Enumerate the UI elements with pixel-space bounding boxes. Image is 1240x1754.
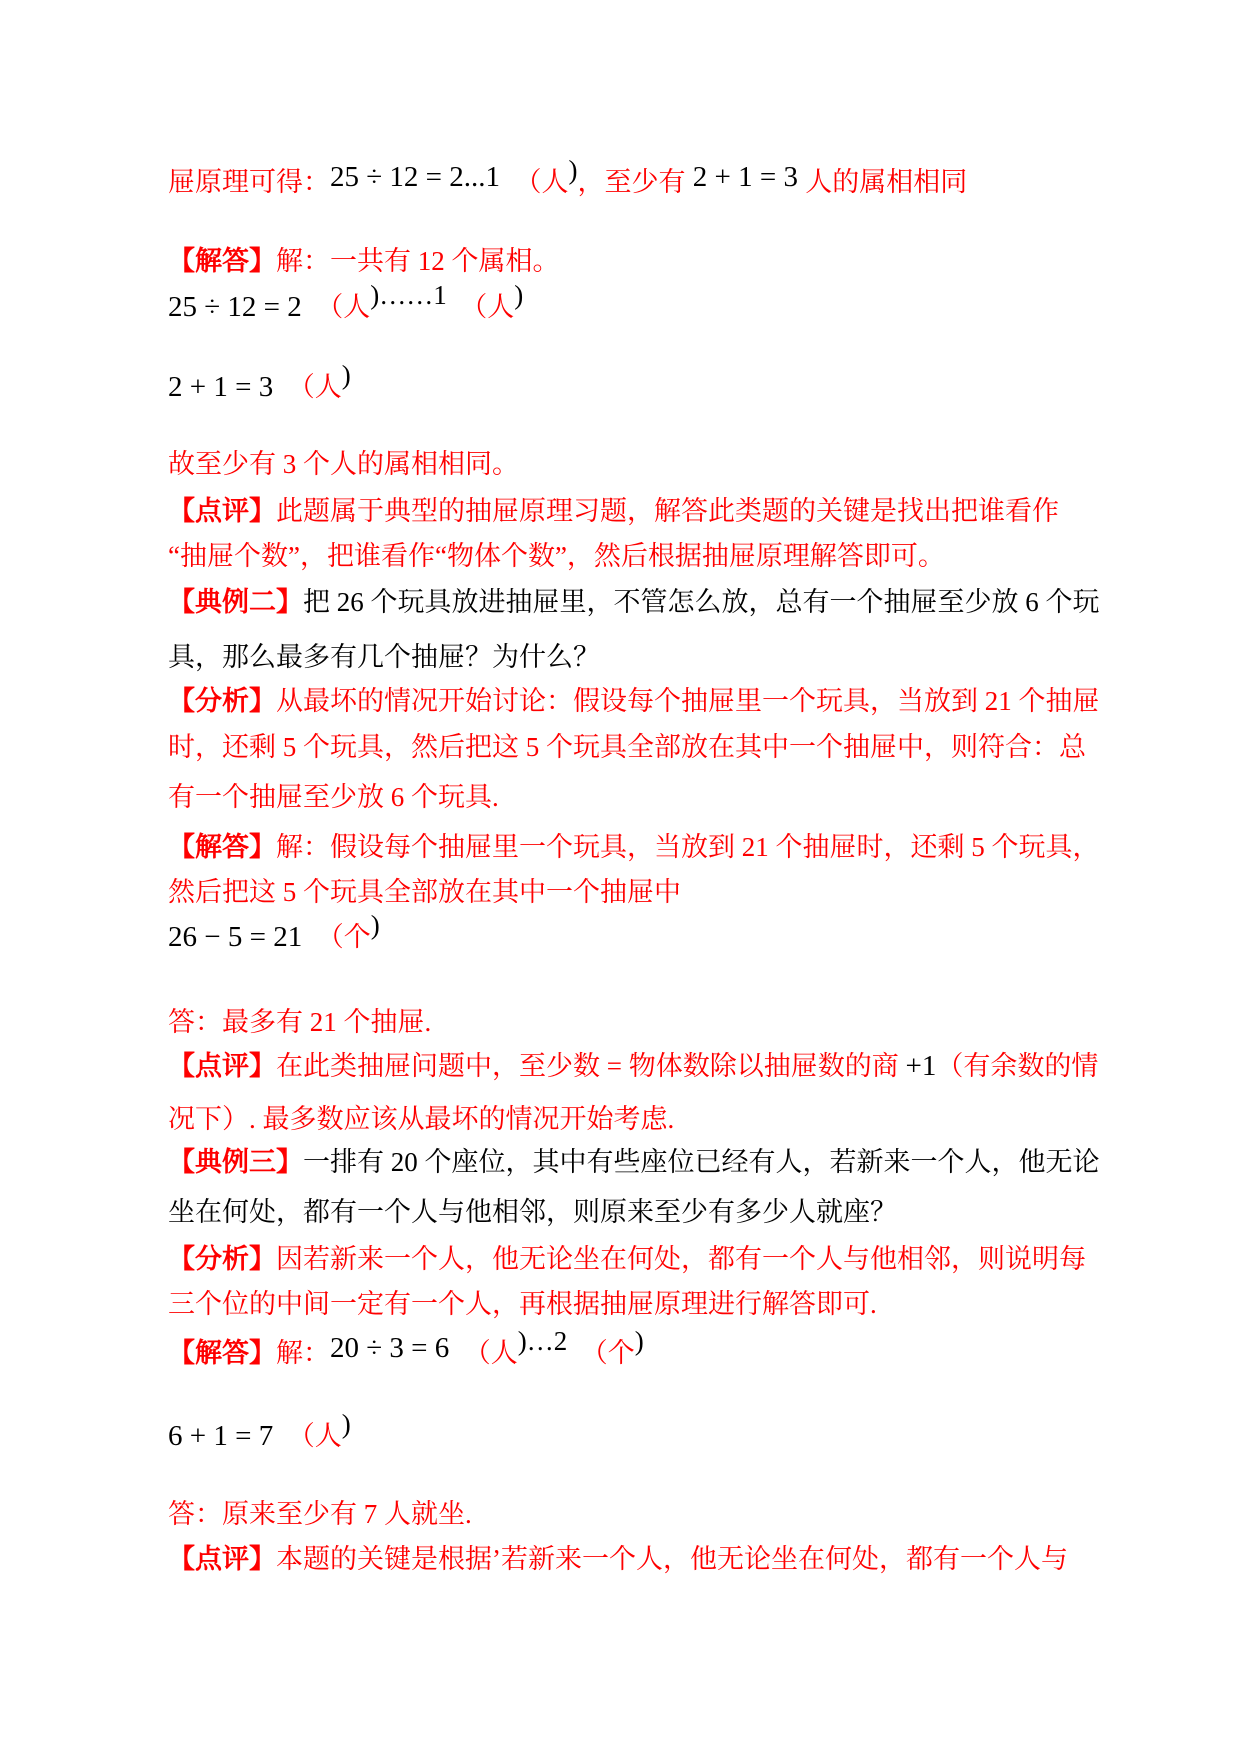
text-line: 屉原理可得：25 ÷ 12 = 2...1 （人)，至少有 2 + 1 = 3 … <box>168 165 1128 204</box>
text-line: 时，还剩 5 个玩具，然后把这 5 个玩具全部放在其中一个抽屉中，则符合：总 <box>168 730 1128 769</box>
equation-text: +1 <box>905 1049 936 1083</box>
section-label: 【解答】 <box>168 246 276 276</box>
body-text: （人 <box>288 372 342 402</box>
section-label: 【点评】 <box>168 496 276 526</box>
section-label: 【分析】 <box>168 686 276 716</box>
body-text: 本题的关键是根据’若新来一个人，他无论坐在何处，都有一个人与 <box>276 1544 1068 1574</box>
body-text: 一排有 20 个座位，其中有些座位已经有人，若新来一个人，他无论 <box>303 1147 1100 1177</box>
section-label: 【解答】 <box>168 1338 276 1368</box>
body-text: 此题属于典型的抽屉原理习题，解答此类题的关键是找出把谁看作 <box>276 496 1059 526</box>
section-label: 【点评】 <box>168 1051 276 1081</box>
body-text: （有余数的情 <box>936 1051 1098 1081</box>
text-line: 有一个抽屉至少放 6 个玩具. <box>168 780 1128 819</box>
equation-close-paren: ) <box>371 908 380 942</box>
body-text: 解：一共有 12 个属相。 <box>276 246 560 276</box>
equation-close-paren: ) <box>569 153 578 187</box>
body-text: 从最坏的情况开始讨论：假设每个抽屉里一个玩具，当放到 21 个抽屉 <box>276 686 1100 716</box>
body-text: 三个位的中间一定有一个人，再根据抽屉原理进行解答即可. <box>168 1289 877 1319</box>
equation-close-paren: ) <box>514 278 523 312</box>
text-line: 2 + 1 = 3 （人) <box>168 370 1128 409</box>
text-line: 【分析】因若新来一个人，他无论坐在何处，都有一个人与他相邻，则说明每 <box>168 1242 1128 1281</box>
body-text: 然后把这 5 个玩具全部放在其中一个抽屉中 <box>168 877 681 907</box>
equation-text: 26 − 5 = 21 <box>168 920 317 954</box>
text-line: 6 + 1 = 7 （人) <box>168 1419 1128 1458</box>
text-line: 三个位的中间一定有一个人，再根据抽屉原理进行解答即可. <box>168 1287 1128 1326</box>
body-text: 答：最多有 21 个抽屉. <box>168 1007 431 1037</box>
text-line: 【解答】解：20 ÷ 3 = 6 （人)…2 （个) <box>168 1336 1128 1375</box>
body-text: 把 26 个玩具放进抽屉里，不管怎么放，总有一个抽屉至少放 6 个玩 <box>303 587 1100 617</box>
equation-close-paren: )……1 <box>370 278 447 312</box>
text-line: 【点评】此题属于典型的抽屉原理习题，解答此类题的关键是找出把谁看作 <box>168 494 1128 533</box>
body-text: 时，还剩 5 个玩具，然后把这 5 个玩具全部放在其中一个抽屉中，则符合：总 <box>168 732 1086 762</box>
text-line: 【解答】解：一共有 12 个属相。 <box>168 244 1128 283</box>
text-line: 况下）. 最多数应该从最坏的情况开始考虑. <box>168 1102 1128 1141</box>
text-line: 具，那么最多有几个抽屉？为什么？ <box>168 640 1128 679</box>
equation-close-paren: ) <box>342 358 351 392</box>
body-text: 人的属相相同 <box>805 167 967 197</box>
equation-text: 2 + 1 = 3 <box>686 160 806 194</box>
section-label: 【点评】 <box>168 1544 276 1574</box>
equation-close-paren: ) <box>342 1407 351 1441</box>
equation-text: 25 ÷ 12 = 2...1 <box>330 160 515 194</box>
text-line: 答：原来至少有 7 人就坐. <box>168 1497 1128 1536</box>
section-label: 【解答】 <box>168 832 276 862</box>
body-text: （个 <box>317 922 371 952</box>
text-line: 坐在何处，都有一个人与他相邻，则原来至少有多少人就座？ <box>168 1195 1128 1234</box>
body-text: 在此类抽屉问题中，至少数 = 物体数除以抽屉数的商 <box>276 1051 905 1081</box>
body-text: 有一个抽屉至少放 6 个玩具. <box>168 782 499 812</box>
text-line: 然后把这 5 个玩具全部放在其中一个抽屉中 <box>168 875 1128 914</box>
body-text: 故至少有 3 个人的属相相同。 <box>168 449 519 479</box>
body-text: （人 <box>288 1421 342 1451</box>
section-label: 【典例三】 <box>168 1147 303 1177</box>
body-text: 解： <box>276 1338 330 1368</box>
body-text: 坐在何处，都有一个人与他相邻，则原来至少有多少人就座？ <box>168 1197 897 1227</box>
body-text: “抽屉个数”，把谁看作“物体个数”，然后根据抽屉原理解答即可。 <box>168 541 945 571</box>
text-line: 25 ÷ 12 = 2 （人)……1 （人) <box>168 290 1128 329</box>
equation-text: 6 + 1 = 7 <box>168 1419 288 1453</box>
body-text: （人 <box>316 292 370 322</box>
body-text: 况下）. 最多数应该从最坏的情况开始考虑. <box>168 1104 674 1134</box>
body-text: （个 <box>567 1338 635 1368</box>
section-label: 【分析】 <box>168 1244 276 1274</box>
body-text: 答：原来至少有 7 人就坐. <box>168 1499 472 1529</box>
text-line: 【典例二】把 26 个玩具放进抽屉里，不管怎么放，总有一个抽屉至少放 6 个玩 <box>168 585 1128 624</box>
body-text: 具，那么最多有几个抽屉？为什么？ <box>168 642 600 672</box>
body-text: 因若新来一个人，他无论坐在何处，都有一个人与他相邻，则说明每 <box>276 1244 1086 1274</box>
text-line: 【点评】本题的关键是根据’若新来一个人，他无论坐在何处，都有一个人与 <box>168 1542 1128 1581</box>
equation-close-paren: ) <box>635 1324 644 1358</box>
equation-close-paren: )…2 <box>518 1324 568 1358</box>
document-page: 屉原理可得：25 ÷ 12 = 2...1 （人)，至少有 2 + 1 = 3 … <box>0 0 1240 1754</box>
equation-text: 2 + 1 = 3 <box>168 370 288 404</box>
body-text: （人 <box>447 292 515 322</box>
body-text: （人 <box>515 167 569 197</box>
body-text: 屉原理可得： <box>168 167 330 197</box>
equation-text: 20 ÷ 3 = 6 <box>330 1331 464 1365</box>
section-label: 【典例二】 <box>168 587 303 617</box>
text-line: 26 − 5 = 21 （个) <box>168 920 1128 959</box>
text-line: 【点评】在此类抽屉问题中，至少数 = 物体数除以抽屉数的商 +1（有余数的情 <box>168 1049 1128 1088</box>
body-text: （人 <box>464 1338 518 1368</box>
text-line: 【解答】解：假设每个抽屉里一个玩具，当放到 21 个抽屉时，还剩 5 个玩具， <box>168 830 1128 869</box>
text-line: 【典例三】一排有 20 个座位，其中有些座位已经有人，若新来一个人，他无论 <box>168 1145 1128 1184</box>
equation-text: 25 ÷ 12 = 2 <box>168 290 316 324</box>
text-line: 【分析】从最坏的情况开始讨论：假设每个抽屉里一个玩具，当放到 21 个抽屉 <box>168 684 1128 723</box>
text-line: 故至少有 3 个人的属相相同。 <box>168 447 1128 486</box>
body-text: 解：假设每个抽屉里一个玩具，当放到 21 个抽屉时，还剩 5 个玩具， <box>276 832 1100 862</box>
text-line: 答：最多有 21 个抽屉. <box>168 1005 1128 1044</box>
text-line: “抽屉个数”，把谁看作“物体个数”，然后根据抽屉原理解答即可。 <box>168 539 1128 578</box>
body-text: ，至少有 <box>578 167 686 197</box>
